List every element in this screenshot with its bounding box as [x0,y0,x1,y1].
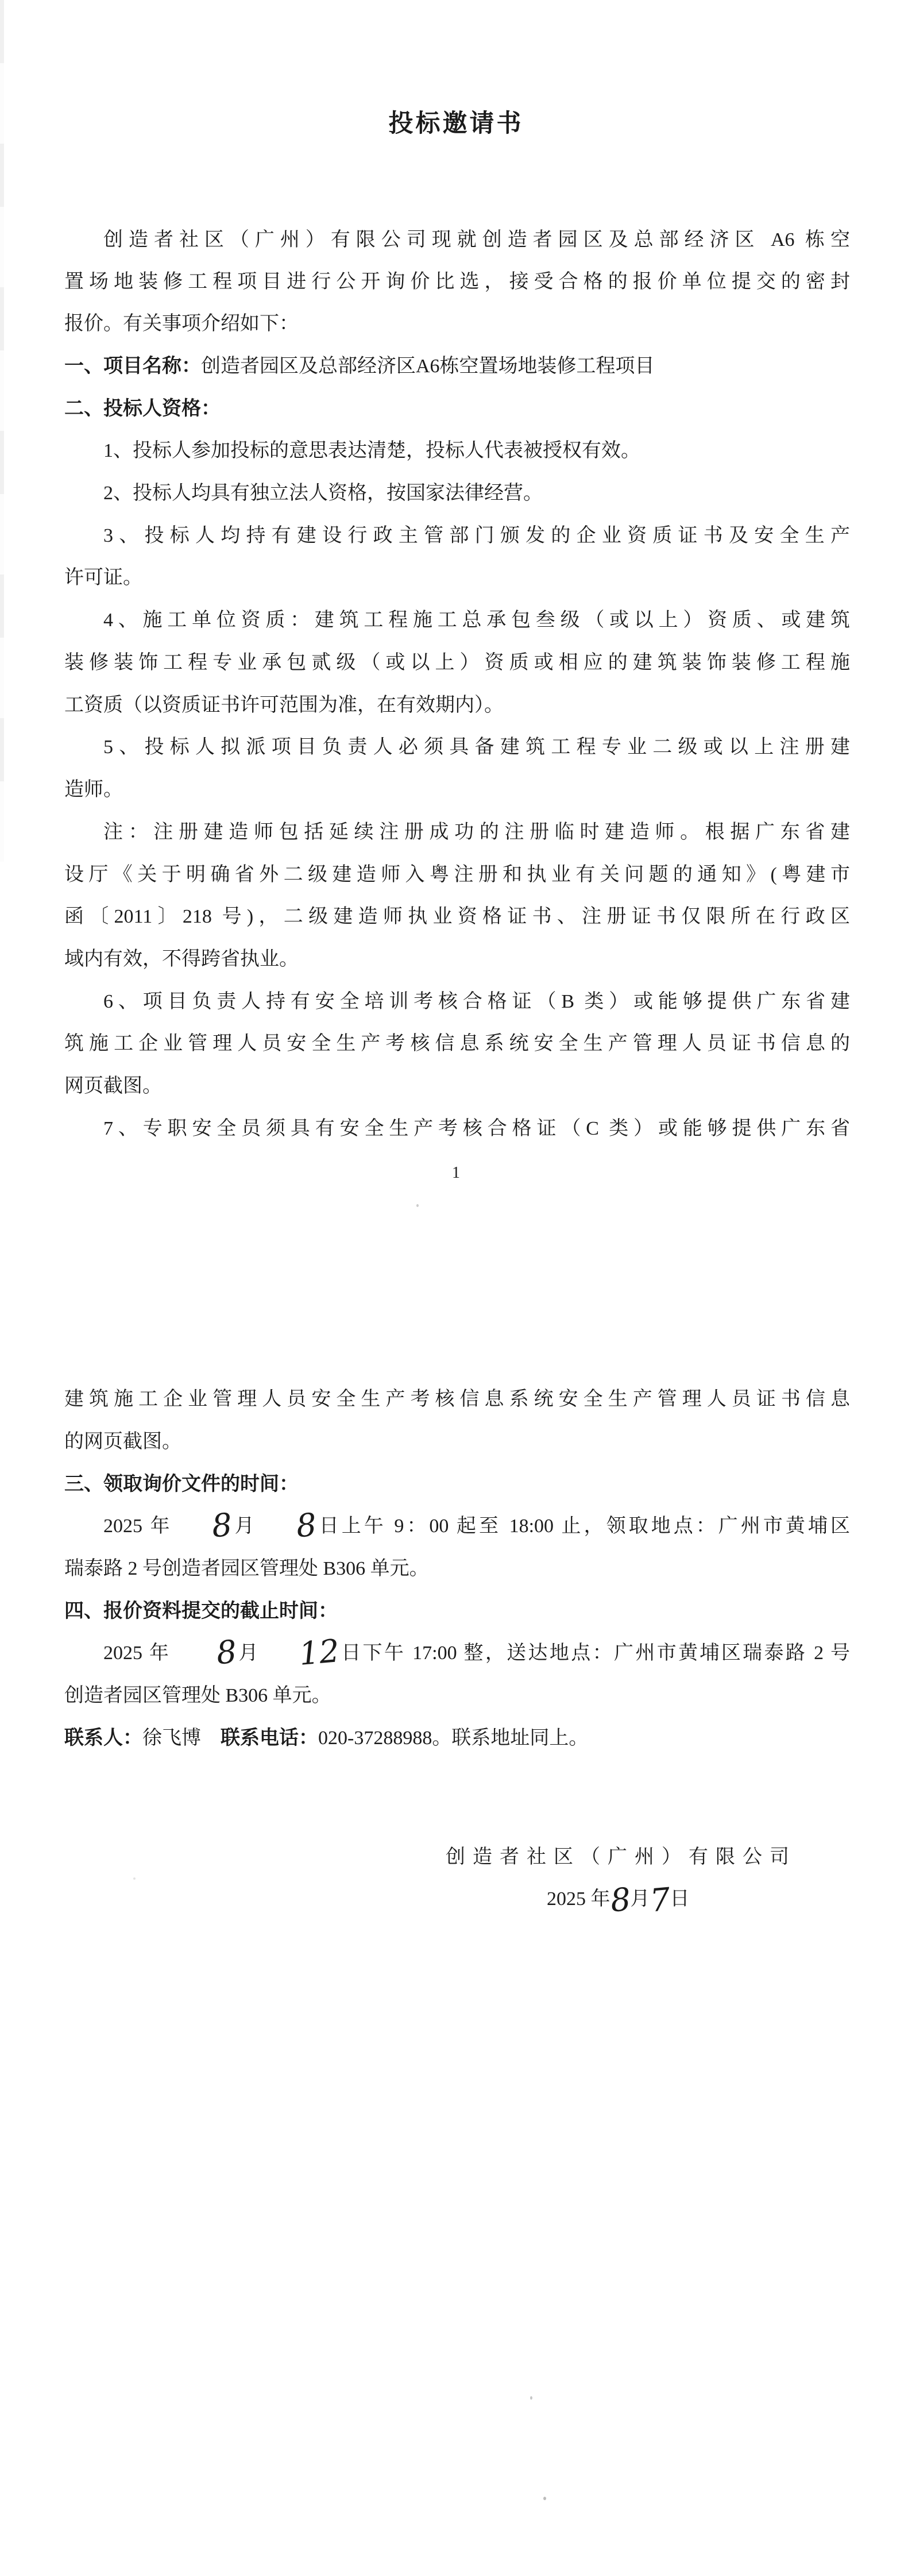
document-page: 投标邀请书 创造者社区（广州）有限公司现就创造者园区及总部经济区 A6 栋空置场… [0,0,912,2576]
company-signature: 创造者社区（广州）有限公司 [446,1844,797,1871]
text-segment: 四、报价资料提交的截止时间： [64,1600,338,1622]
text-segment: 2025 年 [103,1515,173,1537]
para1-line2: 置场地装修工程项目进行公开询价比选，接受合格的报价单位提交的密封 [64,269,850,295]
item4-line1: 4、施工单位资质：建筑工程施工总承包叁级（或以上）资质、或建筑 [64,607,850,634]
text-segment: 4、施工单位资质：建筑工程施工总承包叁级（或以上）资质、或建筑 [103,610,850,631]
section4-line1: 2025 年 8月12日下午 17:00 整，送达地点：广州市黄埔区瑞泰路 2 … [64,1640,850,1667]
item6-line2: 筑施工企业管理人员安全生产考核信息系统安全生产管理人员证书信息的 [64,1031,850,1057]
item5-line2: 造师。 [64,777,850,803]
handwritten-text: 12 [260,1651,339,1657]
item3-line1: 3、投标人均持有建设行政主管部门颁发的企业资质证书及安全生产 [64,523,850,549]
page-number: 1 [0,1164,912,1182]
text-segment: 日 [670,1888,690,1910]
item4-line3: 工资质（以资质证书许可范围为准，在有效期内）。 [64,692,850,719]
scan-speck [133,1877,136,1880]
handwritten-text: 8 [610,1899,631,1900]
text-segment: 2025 年 [103,1642,177,1664]
text-segment: 置场地装修工程项目进行公开询价比选，接受合格的报价单位提交的密封 [64,271,850,292]
section4-heading: 四、报价资料提交的截止时间： [64,1598,850,1625]
para1-line3: 报价。有关事项介绍如下： [64,311,850,337]
text-segment: 网页截图。 [64,1075,162,1097]
note-line4: 域内有效，不得跨省执业。 [64,946,850,973]
text-segment: 域内有效，不得跨省执业。 [64,948,299,970]
section4-line2: 创造者园区管理处 B306 单元。 [64,1683,850,1709]
text-segment: 创造者社区（广州）有限公司现就创造者园区及总部经济区 A6 栋空 [103,229,850,250]
section3-line2: 瑞泰路 2 号创造者园区管理处 B306 单元。 [64,1556,850,1582]
text-segment: 函〔2011〕218 号)，二级建造师执业资格证书、注册证书仅限所在行政区 [64,906,850,927]
text-segment: 联系人： [64,1727,142,1749]
text-segment: 三、领取询价文件的时间： [64,1473,299,1495]
para1-line1: 创造者社区（广州）有限公司现就创造者园区及总部经济区 A6 栋空 [64,227,850,253]
text-segment: 5、投标人拟派项目负责人必须具备建筑工程专业二级或以上注册建 [103,736,850,758]
item5-line1: 5、投标人拟派项目负责人必须具备建筑工程专业二级或以上注册建 [64,734,850,761]
signature-date: 2025 年8月7日 [547,1886,690,1912]
note-line3: 函〔2011〕218 号)，二级建造师执业资格证书、注册证书仅限所在行政区 [64,904,850,930]
text-segment: 许可证。 [64,567,142,588]
text-segment: 一、项目名称： [64,355,201,377]
text-segment: 7、专职安全员须具有安全生产考核合格证（C 类）或能够提供广东省 [103,1118,850,1139]
item7-line1: 7、专职安全员须具有安全生产考核合格证（C 类）或能够提供广东省 [64,1116,850,1142]
section2-heading: 二、投标人资格： [64,395,850,422]
section3-heading: 三、领取询价文件的时间： [64,1471,850,1498]
item6-line1: 6、项目负责人持有安全培训考核合格证（B 类）或能够提供广东省建 [64,989,850,1015]
item2-line1: 2、投标人均具有独立法人资格，按国家法律经营。 [64,480,850,507]
text-segment: 2、投标人均具有独立法人资格，按国家法律经营。 [103,483,543,504]
text-segment: 二、投标人资格： [64,398,221,419]
text-segment: 020-37288988。联系地址同上。 [318,1727,588,1749]
text-segment: 设厅《关于明确省外二级建造师入粤注册和执业有关问题的通知》(粤建市 [64,864,850,885]
scan-speck [530,2396,532,2400]
note-line2: 设厅《关于明确省外二级建造师入粤注册和执业有关问题的通知》(粤建市 [64,862,850,888]
text-segment: 3、投标人均持有建设行政主管部门颁发的企业资质证书及安全生产 [103,525,850,546]
document-body: 创造者社区（广州）有限公司现就创造者园区及总部经济区 A6 栋空置场地装修工程项… [0,0,912,2576]
item1-line1: 1、投标人参加投标的意思表达清楚，投标人代表被授权有效。 [64,438,850,464]
handwritten-text: 7 [650,1899,670,1900]
text-segment: 月 [237,1642,260,1664]
note-line1: 注：注册建造师包括延续注册成功的注册临时建造师。根据广东省建 [64,819,850,846]
text-segment: 工资质（以资质证书许可范围为准，在有效期内）。 [64,695,504,716]
scan-speck [416,1204,419,1207]
scan-speck [543,2497,546,2500]
text-segment: 6、项目负责人持有安全培训考核合格证（B 类）或能够提供广东省建 [103,991,850,1012]
section3-line1: 2025 年8月8日上午 9：00 起至 18:00 止，领取地点：广州市黄埔区 [64,1513,850,1540]
item3-line2: 许可证。 [64,565,850,591]
text-segment: 建筑施工企业管理人员安全生产考核信息系统安全生产管理人员证书信息 [64,1389,850,1410]
item6-line3: 网页截图。 [64,1073,850,1100]
contact-line: 联系人：徐飞博 联系电话：020-37288988。联系地址同上。 [64,1725,850,1752]
text-segment: 月 [631,1888,650,1910]
page2-cont-line2: 的网页截图。 [64,1429,850,1455]
text-segment: 月 [232,1515,257,1537]
text-segment: 2025 年 [547,1888,610,1910]
text-segment: 注：注册建造师包括延续注册成功的注册临时建造师。根据广东省建 [103,822,850,843]
handwritten-text: 8 [257,1525,316,1530]
text-segment: 创造者园区及总部经济区A6栋空置场地装修工程项目 [201,356,655,377]
text-segment: 1、投标人参加投标的意思表达清楚，投标人代表被授权有效。 [103,440,640,461]
item4-line2: 装修装饰工程专业承包贰级（或以上）资质或相应的建筑装饰装修工程施 [64,650,850,676]
page2-cont-line1: 建筑施工企业管理人员安全生产考核信息系统安全生产管理人员证书信息 [64,1386,850,1413]
text-segment: 的网页截图。 [64,1431,181,1452]
text-segment: 创造者园区管理处 B306 单元。 [64,1685,331,1706]
text-segment: 瑞泰路 2 号创造者园区管理处 B306 单元。 [64,1558,429,1579]
text-segment: 徐飞博 [142,1727,221,1749]
text-segment: 报价。有关事项介绍如下： [64,313,299,334]
handwritten-text: 8 [177,1652,237,1657]
text-segment: 创造者社区（广州）有限公司 [446,1846,797,1868]
text-segment: 日上午 9：00 起至 18:00 止，领取地点：广州市黄埔区 [316,1515,850,1537]
text-segment: 联系电话： [221,1727,318,1749]
text-segment: 日下午 17:00 整，送达地点：广州市黄埔区瑞泰路 2 号 [339,1642,850,1664]
section1-heading: 一、项目名称：创造者园区及总部经济区A6栋空置场地装修工程项目 [64,353,850,380]
handwritten-text: 8 [173,1525,232,1530]
text-segment: 筑施工企业管理人员安全生产考核信息系统安全生产管理人员证书信息的 [64,1033,850,1054]
text-segment: 装修装饰工程专业承包贰级（或以上）资质或相应的建筑装饰装修工程施 [64,652,850,673]
text-segment: 造师。 [64,779,123,800]
